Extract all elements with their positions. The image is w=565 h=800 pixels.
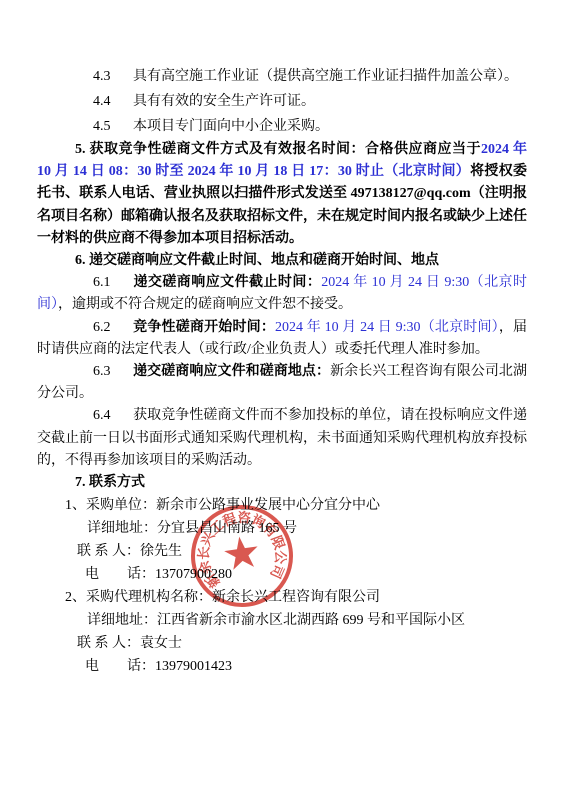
clause-label: 递交磋商响应文件和磋商地点： xyxy=(133,364,330,379)
purchaser-title: 1、采购单位：新余市公路事业发展中心分宜分中心 xyxy=(37,494,527,517)
clause-number: 6.2 xyxy=(93,317,133,339)
clause-4-4: 4.4具有有效的安全生产许可证。 xyxy=(37,89,527,114)
clause-number: 6.3 xyxy=(93,361,133,383)
section-5-lead: 合格供应商应当于 xyxy=(365,142,481,157)
section-7-heading: 7. 联系方式 xyxy=(37,472,527,494)
agency-contact: 联 系 人：袁女士 xyxy=(37,632,527,655)
clause-number: 6.4 xyxy=(93,405,133,427)
agency-title: 2、采购代理机构名称：新余长兴工程咨询有限公司 xyxy=(37,586,527,609)
clause-number: 4.4 xyxy=(93,89,133,114)
section-5-heading: 5. 获取竞争性磋商文件方式及有效报名时间： xyxy=(75,142,365,157)
purchaser-address: 详细地址：分宜县昌山南路 165 号 xyxy=(37,517,527,540)
clause-text: 本项目专门面向中小企业采购。 xyxy=(133,119,329,134)
clause-4-5: 4.5本项目专门面向中小企业采购。 xyxy=(37,114,527,139)
clause-6-2: 6.2竞争性磋商开始时间：2024 年 10 月 24 日 9:30（北京时间）… xyxy=(37,317,527,361)
agency-phone: 电 话：13979001423 xyxy=(37,655,527,678)
clause-label: 竞争性磋商开始时间： xyxy=(133,320,275,335)
document-page: 4.3具有高空施工作业证（提供高空施工作业证扫描件加盖公章）。 4.4具有有效的… xyxy=(0,0,565,800)
clause-text: 具有有效的安全生产许可证。 xyxy=(133,94,315,109)
clause-number: 4.3 xyxy=(93,64,133,89)
clause-deadline: 2024 年 10 月 24 日 9:30（北京时间） xyxy=(275,320,499,335)
clause-6-4: 6.4获取竞争性磋商文件而不参加投标的单位，请在投标响应文件递交截止前一日以书面… xyxy=(37,405,527,472)
clause-number: 6.1 xyxy=(93,272,133,294)
section-6-heading: 6. 递交磋商响应文件截止时间、地点和磋商开始时间、地点 xyxy=(37,250,527,272)
clause-4-3: 4.3具有高空施工作业证（提供高空施工作业证扫描件加盖公章）。 xyxy=(37,64,527,89)
purchaser-contact: 联 系 人：徐先生 xyxy=(37,540,527,563)
clause-text: 具有高空施工作业证（提供高空施工作业证扫描件加盖公章）。 xyxy=(133,69,518,84)
document-content: 4.3具有高空施工作业证（提供高空施工作业证扫描件加盖公章）。 4.4具有有效的… xyxy=(37,64,527,678)
clause-number: 4.5 xyxy=(93,114,133,139)
section-5-paragraph: 5. 获取竞争性磋商文件方式及有效报名时间：合格供应商应当于2024 年 10 … xyxy=(37,139,527,250)
purchaser-phone: 电 话：13707900280 xyxy=(37,563,527,586)
agency-address: 详细地址：江西省新余市渝水区北湖西路 699 号和平国际小区 xyxy=(37,609,527,632)
clause-6-1: 6.1递交磋商响应文件截止时间：2024 年 10 月 24 日 9:30（北京… xyxy=(37,272,527,316)
clause-label: 递交磋商响应文件截止时间： xyxy=(133,275,321,290)
clause-text: ，逾期或不符合规定的磋商响应文件恕不接受。 xyxy=(58,297,352,312)
clause-6-3: 6.3递交磋商响应文件和磋商地点：新余长兴工程咨询有限公司北湖分公司。 xyxy=(37,361,527,405)
